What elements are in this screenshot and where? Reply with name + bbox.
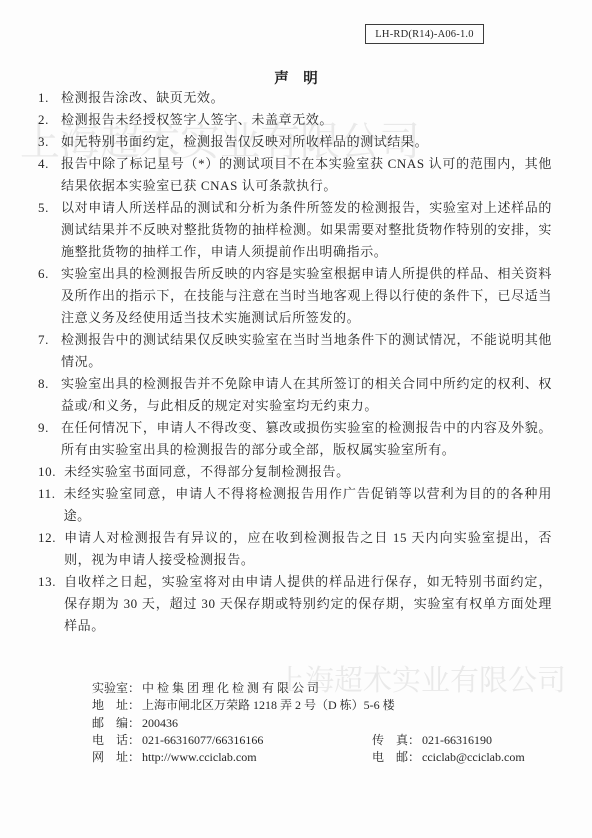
statements-list: 1.检测报告涂改、缺页无效。 2.检测报告未经授权签字人签字、未盖章无效。 3.… xyxy=(38,87,552,637)
statement-number: 6. xyxy=(38,263,53,329)
statement-text: 实验室出具的检测报告并不免除申请人在其所签订的相关合同中所约定的权利、权益或/和… xyxy=(61,373,552,417)
statement-text: 报告中除了标记星号（*）的测试项目不在本实验室获 CNAS 认可的范围内，其他结… xyxy=(61,153,552,197)
statement-number: 9. xyxy=(38,417,53,461)
list-item: 9.在任何情况下，申请人不得改变、篡改或损伤实验室的检测报告中的内容及外貌。所有… xyxy=(38,417,552,461)
lab-name-value: 中检集团理化检测有限公司 xyxy=(142,680,322,697)
statement-text: 实验室出具的检测报告所反映的内容是实验室根据申请人所提供的样品、相关资料及所作出… xyxy=(61,263,552,329)
list-item: 13.自收样之日起，实验室将对由申请人提供的样品进行保存，如无特别书面约定，保存… xyxy=(38,571,552,637)
lab-name-row: 实验室： 中检集团理化检测有限公司 xyxy=(92,680,562,697)
statement-text: 未经实验室同意，申请人不得将检测报告用作广告促销等以营利为目的的各种用途。 xyxy=(64,483,552,527)
statement-text: 以对申请人所送样品的测试和分析为条件所签发的检测报告，实验室对上述样品的测试结果… xyxy=(61,197,552,263)
list-item: 4.报告中除了标记星号（*）的测试项目不在本实验室获 CNAS 认可的范围内，其… xyxy=(38,153,552,197)
web-email-row: 网 址： http://www.cciclab.com 电 邮： cciclab… xyxy=(92,749,562,766)
zipcode-value: 200436 xyxy=(142,715,178,732)
lab-label: 实验室： xyxy=(92,680,140,697)
statement-text: 自收样之日起，实验室将对由申请人提供的样品进行保存，如无特别书面约定，保存期为 … xyxy=(64,571,552,637)
list-item: 6.实验室出具的检测报告所反映的内容是实验室根据申请人所提供的样品、相关资料及所… xyxy=(38,263,552,329)
list-item: 3.如无特别书面约定，检测报告仅反映对所收样品的测试结果。 xyxy=(38,131,552,153)
statement-text: 检测报告中的测试结果仅反映实验室在当时当地条件下的测试情况，不能说明其他情况。 xyxy=(61,329,552,373)
lab-contact-block: 实验室： 中检集团理化检测有限公司 地 址： 上海市闸北区万荣路 1218 弄 … xyxy=(92,680,562,766)
statement-number: 5. xyxy=(38,197,53,263)
lab-name-cell: 实验室： 中检集团理化检测有限公司 xyxy=(92,680,372,697)
phone-value: 021-66316077/66316166 xyxy=(142,732,263,749)
zipcode-cell: 邮 编： 200436 xyxy=(92,715,178,732)
statement-number: 10. xyxy=(38,461,56,483)
email-value: cciclab@cciclab.com xyxy=(422,749,525,766)
statement-number: 2. xyxy=(38,109,53,131)
statement-number: 13. xyxy=(38,571,56,637)
email-label: 电 邮： xyxy=(372,749,420,766)
statement-text: 申请人对检测报告有异议的，应在收到检测报告之日 15 天内向实验室提出，否则，视… xyxy=(64,527,552,571)
list-item: 10.未经实验室书面同意，不得部分复制检测报告。 xyxy=(38,461,552,483)
website-cell: 网 址： http://www.cciclab.com xyxy=(92,749,372,766)
phone-label: 电 话： xyxy=(92,732,140,749)
statement-number: 8. xyxy=(38,373,53,417)
phone-fax-row: 电 话： 021-66316077/66316166 传 真： 021-6631… xyxy=(92,732,562,749)
address-row: 地 址： 上海市闸北区万荣路 1218 弄 2 号（D 栋）5-6 楼 xyxy=(92,697,562,714)
email-cell: 电 邮： cciclab@cciclab.com xyxy=(372,749,525,766)
statement-text: 如无特别书面约定，检测报告仅反映对所收样品的测试结果。 xyxy=(61,131,552,153)
list-item: 7.检测报告中的测试结果仅反映实验室在当时当地条件下的测试情况，不能说明其他情况… xyxy=(38,329,552,373)
address-value: 上海市闸北区万荣路 1218 弄 2 号（D 栋）5-6 楼 xyxy=(142,697,395,714)
list-item: 11.未经实验室同意，申请人不得将检测报告用作广告促销等以营利为目的的各种用途。 xyxy=(38,483,552,527)
list-item: 5.以对申请人所送样品的测试和分析为条件所签发的检测报告，实验室对上述样品的测试… xyxy=(38,197,552,263)
phone-cell: 电 话： 021-66316077/66316166 xyxy=(92,732,372,749)
website-label: 网 址： xyxy=(92,749,140,766)
fax-value: 021-66316190 xyxy=(422,732,492,749)
statement-number: 11. xyxy=(38,483,56,527)
statement-number: 12. xyxy=(38,527,56,571)
statement-number: 7. xyxy=(38,329,53,373)
address-label: 地 址： xyxy=(92,697,140,714)
statement-text: 检测报告未经授权签字人签字、未盖章无效。 xyxy=(61,109,552,131)
doc-code: LH-RD(R14)-A06-1.0 xyxy=(375,29,473,40)
address-cell: 地 址： 上海市闸北区万荣路 1218 弄 2 号（D 栋）5-6 楼 xyxy=(92,697,395,714)
zipcode-row: 邮 编： 200436 xyxy=(92,715,562,732)
page-title: 声 明 xyxy=(0,67,592,88)
statement-text: 检测报告涂改、缺页无效。 xyxy=(61,87,552,109)
statement-text: 在任何情况下，申请人不得改变、篡改或损伤实验室的检测报告中的内容及外貌。所有由实… xyxy=(61,417,552,461)
list-item: 2.检测报告未经授权签字人签字、未盖章无效。 xyxy=(38,109,552,131)
doc-code-box: LH-RD(R14)-A06-1.0 xyxy=(365,24,484,44)
website-value: http://www.cciclab.com xyxy=(142,749,257,766)
list-item: 1.检测报告涂改、缺页无效。 xyxy=(38,87,552,109)
statement-number: 3. xyxy=(38,131,53,153)
list-item: 12.申请人对检测报告有异议的，应在收到检测报告之日 15 天内向实验室提出，否… xyxy=(38,527,552,571)
statement-number: 1. xyxy=(38,87,53,109)
fax-cell: 传 真： 021-66316190 xyxy=(372,732,492,749)
statement-number: 4. xyxy=(38,153,53,197)
fax-label: 传 真： xyxy=(372,732,420,749)
list-item: 8.实验室出具的检测报告并不免除申请人在其所签订的相关合同中所约定的权利、权益或… xyxy=(38,373,552,417)
zipcode-label: 邮 编： xyxy=(92,715,140,732)
statement-text: 未经实验室书面同意，不得部分复制检测报告。 xyxy=(64,461,552,483)
